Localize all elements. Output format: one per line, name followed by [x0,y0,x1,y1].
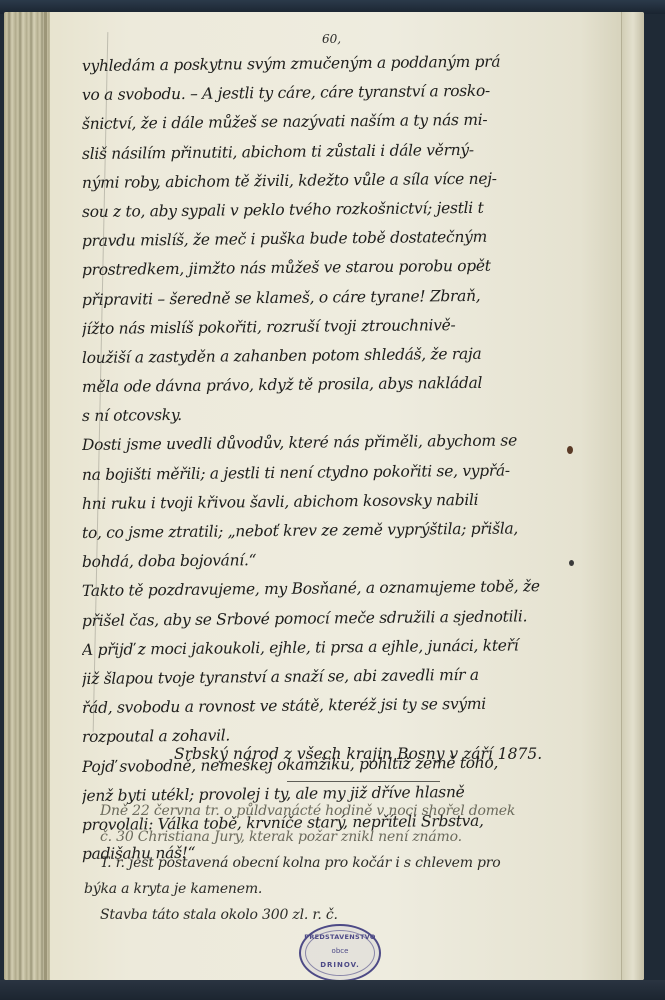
stamp-bottom-text: DRINOV. [301,961,379,969]
signature-line: Srbský národ z všech krajin Bosny v září… [174,745,542,763]
ledger-page: 60, vyhledám a poskytnu svým zmučeným a … [4,12,644,980]
entry-line: Stavba táto stala okolo 300 zl. r. č. [100,902,640,928]
stamp-middle-text: obce [301,947,379,955]
section-divider [287,781,440,782]
municipal-stamp: PŘEDSTAVENSTVO obce DRINOV. [299,924,381,980]
entry-line: býka a kryta je kamenem. [84,876,640,902]
stamp-top-text: PŘEDSTAVENSTVO [301,933,379,941]
chronicle-entry: Dně 22 června tr. o půldvanácté hodině v… [100,798,640,928]
entry-line: č. 30 Christiana Jury, kterak požar znik… [100,824,640,850]
entry-line: Dně 22 června tr. o půldvanácté hodině v… [100,798,640,824]
entry-line: T. r. jest postavená obecní kolna pro ko… [100,850,640,876]
margin-line [44,12,47,980]
page-number: 60, [322,32,341,46]
scan-bottom-edge [0,980,665,1000]
